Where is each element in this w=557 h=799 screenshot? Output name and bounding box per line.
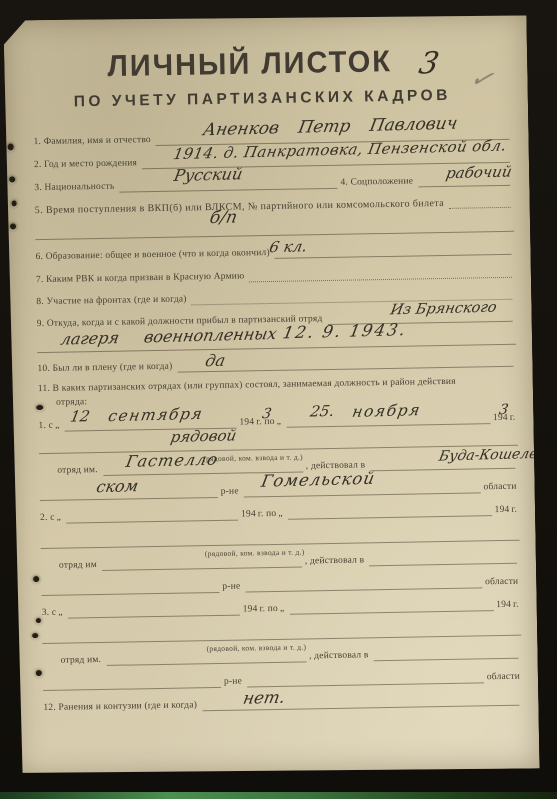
printed-g: г. [510, 413, 518, 424]
otryad-im-label: отряд им. [61, 655, 104, 667]
open-quote: „ [57, 513, 64, 524]
binding-hole [36, 670, 42, 676]
unit-entry3-position-line [42, 621, 521, 644]
entry3-number: 3. с [42, 608, 59, 619]
hw-nationality: Русский [173, 166, 244, 184]
field-captivity-row: 10. Был ли в плену (где и когда) [37, 352, 516, 375]
hw-arrived-date: 12. 9. 1943. [281, 322, 408, 342]
field-party-label: 5. Время поступления в ВКП(б) или ВЛКСМ,… [35, 198, 447, 216]
field-nationality-label: 3. Национальность [34, 182, 116, 194]
field-nationality-row: 3. Национальность 4. Соцположение [34, 171, 513, 194]
printed-g: г. [511, 505, 519, 516]
binding-hole [36, 618, 41, 623]
hw-entry1-area2: ском [95, 478, 139, 495]
ruled-line [41, 578, 219, 596]
oblasti-label: области [485, 577, 520, 589]
hw-entry1-unit-name: Гастелло [125, 452, 220, 470]
open-quote: „ [278, 509, 285, 520]
printed-g-po: г. по [258, 509, 279, 520]
ruled-line [247, 668, 484, 687]
field-rvk-label: 7. Каким РВК и когда призван в Красную А… [36, 271, 247, 286]
hw-party-status: б/п [208, 209, 238, 227]
field-education-label: 6. Образование: общее и военное (что и к… [35, 248, 271, 263]
rne-label: р-не [224, 677, 244, 688]
printed-g: г. [513, 600, 521, 611]
rne-label: р-не [221, 487, 241, 498]
document-subtitle: ПО УЧЕТУ ПАРТИЗАНСКИХ КАДРОВ [11, 86, 514, 113]
ruled-line [249, 263, 512, 283]
field-party-line2 [35, 217, 514, 240]
otryad-im-label: отряд им [59, 560, 99, 572]
field-fronts-label: 8. Участие на фронтах (где и когда) [36, 294, 188, 308]
printed-year: 194 [239, 417, 256, 428]
binding-hole [33, 576, 39, 582]
ruled-line [35, 217, 514, 240]
ruled-line [373, 644, 518, 662]
open-quote: „ [277, 417, 284, 428]
entry1-number: 1. с [38, 421, 55, 432]
field-name-label: 1. Фамилия, имя и отчество [33, 135, 152, 148]
open-quote: „ [55, 421, 62, 432]
hw-education: 6 кл. [268, 239, 308, 255]
unit-entry3-dates: 3. с „ 194 г. по „ 194 г. [42, 596, 521, 619]
oblasti-label: области [487, 672, 522, 684]
field-rvk-row: 7. Каким РВК и когда призван в Красную А… [36, 263, 515, 286]
deistvoval-label: , действовал в [309, 650, 371, 662]
otryad-im-label: отряд им. [57, 465, 100, 477]
binding-hole [10, 223, 16, 229]
hw-entry1-to-day: 25. [309, 404, 336, 420]
entry2-number: 2. с [40, 513, 57, 524]
unit-entry2-position-line [40, 526, 519, 549]
unit-entry2-otryad-row: отряд им , действовал в [59, 549, 520, 572]
binding-hole [12, 200, 17, 206]
open-quote: „ [58, 608, 65, 619]
ruled-line [68, 601, 240, 619]
binding-hole [32, 633, 38, 638]
hw-entry1-from-month: сентября [107, 407, 205, 425]
ruled-line [102, 552, 302, 570]
binding-hole [9, 176, 15, 182]
printed-year: 194 [241, 509, 258, 520]
binding-hole [36, 405, 43, 410]
field-wounds-label: 12. Ранения и контузии (где и когда) [43, 700, 199, 714]
unit-entry2-dates: 2. с „ 194 г. по „ 194 г. [40, 501, 519, 524]
printed-year: 194 [496, 600, 513, 611]
hw-entry1-position: рядовой [169, 428, 237, 445]
open-quote: „ [280, 604, 287, 615]
hw-wounds: нет. [242, 690, 287, 708]
ruled-line [40, 526, 519, 549]
ruled-line [106, 647, 306, 665]
field-captivity-label: 10. Был ли в плену (где и когда) [37, 362, 174, 375]
ruled-line [289, 596, 493, 615]
hw-entry1-from-day: 12 [69, 409, 91, 425]
deistvoval-label: , действовал в [305, 555, 367, 567]
rne-label: р-не [222, 582, 242, 593]
field-birth-label: 2. Год и место рождения [34, 158, 139, 171]
ruled-line [245, 573, 482, 592]
field-social-label: 4. Соцположение [340, 176, 415, 188]
ruled-line [288, 501, 492, 520]
ruled-line [449, 193, 511, 209]
printed-year: 194 [243, 604, 260, 615]
ruled-line [43, 673, 221, 691]
hw-entry1-region: Гомельской [260, 471, 377, 491]
scan-bottom-strip [0, 792, 557, 799]
unit-entry3-otryad-row: отряд им. , действовал в [60, 644, 521, 667]
printed-year: 194 [494, 505, 511, 516]
hw-captivity: да [204, 353, 227, 370]
unit-entry2-region-row: р-не области [41, 573, 520, 596]
hw-social-position: рабочий [445, 164, 513, 181]
hw-entry1-to-month: ноября [351, 403, 422, 420]
hw-entry1-area: Буда-Кошелев [438, 447, 547, 464]
document-paper: ЛИЧНЫЙ ЛИСТОК 3 ✓ ПО УЧЕТУ ПАРТИЗАНСКИХ … [3, 11, 539, 777]
hw-arrived-from: Из Брянского [389, 301, 498, 318]
ruled-line [42, 621, 521, 644]
field-party-row: 5. Время поступления в ВКП(б) или ВЛКСМ,… [35, 193, 514, 216]
ruled-line [66, 506, 238, 524]
ruled-line [177, 352, 513, 373]
binding-hole [8, 143, 14, 150]
ruled-line [275, 240, 512, 259]
printed-g-po: г. по [259, 604, 280, 615]
ruled-line [369, 549, 517, 567]
oblasti-label: области [483, 482, 518, 494]
